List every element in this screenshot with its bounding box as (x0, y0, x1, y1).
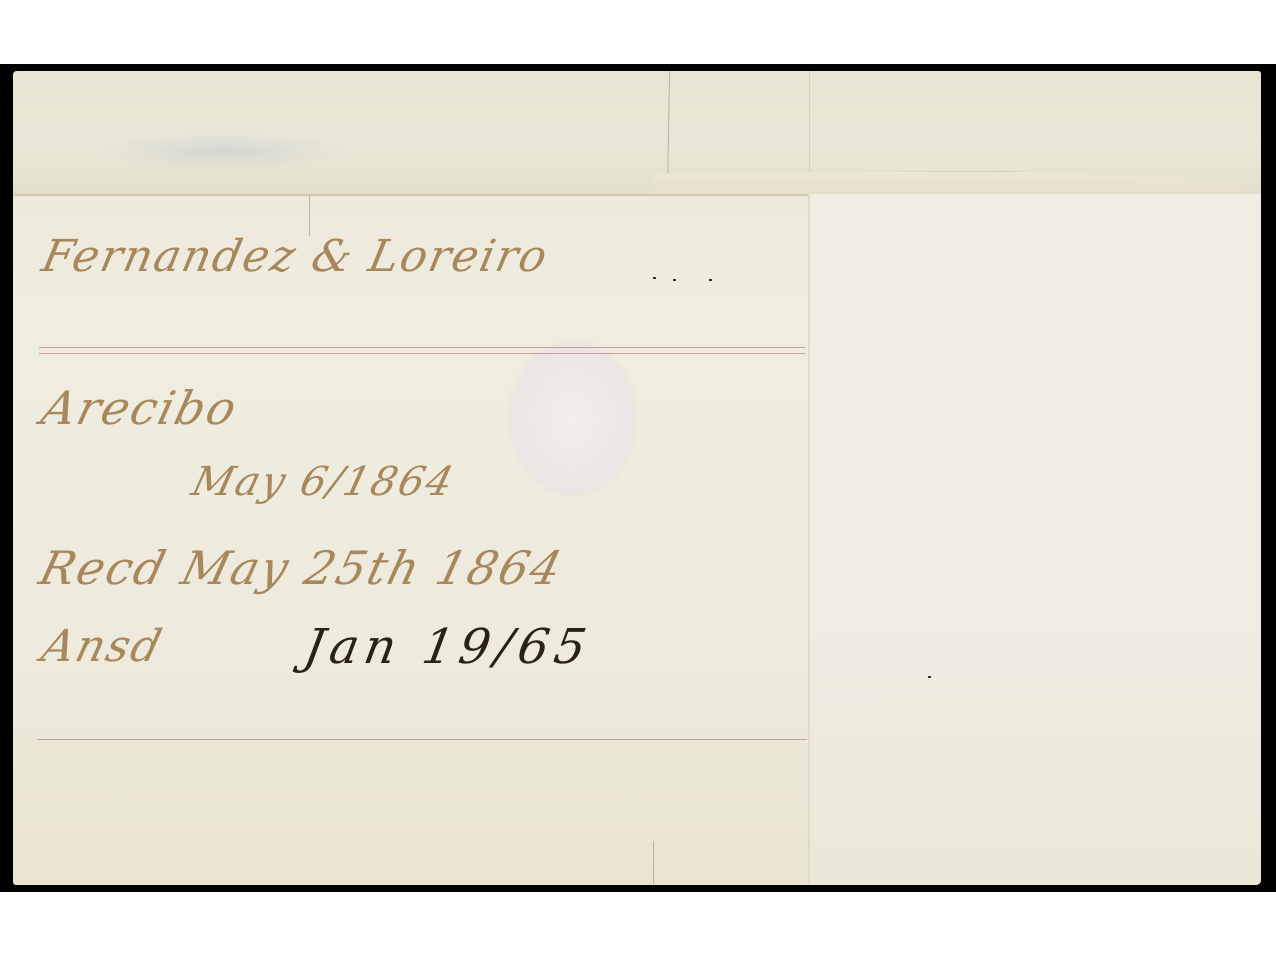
top-fold-flap (13, 71, 1261, 196)
ruled-line-bottom (37, 739, 807, 740)
paper-crack (309, 196, 310, 236)
docket-answered-date: Jan 19/65 (300, 619, 596, 675)
letter-sheet: Fernandez & Loreiro Arecibo May 6/1864 R… (13, 71, 1261, 885)
ink-speck (653, 277, 656, 279)
tucked-flap-edge (653, 171, 1243, 194)
docket-addressee: Fernandez & Loreiro (38, 231, 554, 282)
ink-speck (673, 279, 676, 281)
docket-answered-label: Ansd (37, 621, 169, 672)
docket-written-date: May 6/1864 (187, 459, 459, 505)
docket-received: Recd May 25th 1864 (34, 541, 569, 595)
ruled-line-top-1 (39, 347, 805, 348)
paper-crack (653, 841, 654, 885)
right-address-panel (810, 194, 1261, 885)
vertical-fold (808, 194, 810, 885)
ink-offset-stain (93, 131, 353, 171)
wafer-seal-remnant (511, 344, 635, 494)
docket-place: Arecibo (36, 381, 244, 435)
ink-speck (928, 676, 931, 678)
ruled-line-top-2 (39, 353, 805, 354)
ink-speck (709, 279, 712, 281)
